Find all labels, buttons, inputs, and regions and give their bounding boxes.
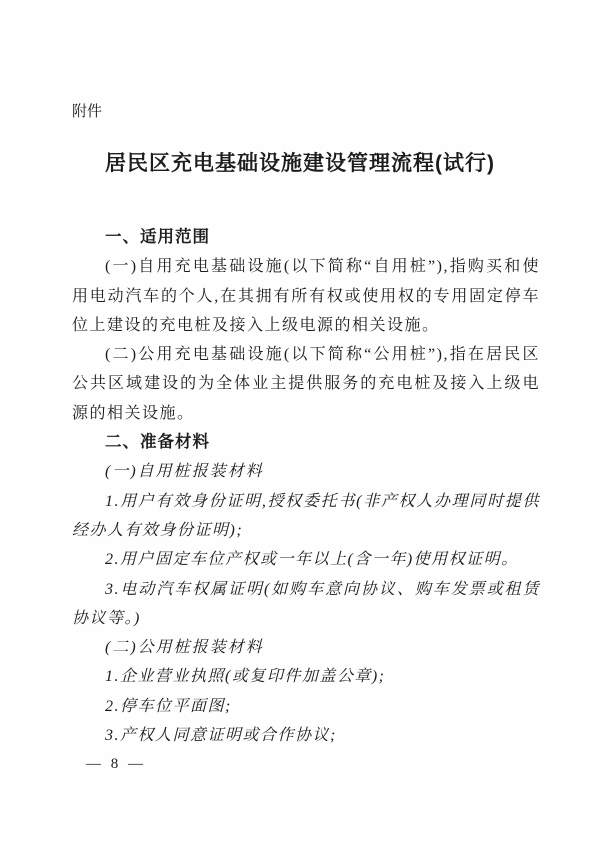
list-item-public-3: 3.产权人同意证明或合作协议; — [72, 721, 540, 750]
paragraph-public-pile-definition: (二)公用充电基础设施(以下简称“公用桩”),指在居民区公共区域建设的为全体业主… — [72, 340, 540, 428]
page-number: — 8 — — [86, 756, 146, 773]
document-body: 一、适用范围 (一)自用充电基础设施(以下简称“自用桩”),指购买和使用电动汽车… — [72, 223, 540, 750]
list-item-public-1: 1.企业营业执照(或复印件加盖公章); — [72, 662, 540, 691]
subsection-heading-public-pile-materials: (二)公用桩报装材料 — [72, 633, 540, 662]
document-title: 居民区充电基础设施建设管理流程(试行) — [46, 149, 554, 179]
attachment-label: 附件 — [72, 0, 600, 122]
list-item-private-1: 1.用户有效身份证明,授权委托书(非产权人办理同时提供经办人有效身份证明); — [72, 487, 540, 546]
section-heading-materials: 二、准备材料 — [72, 428, 540, 457]
paragraph-private-pile-definition: (一)自用充电基础设施(以下简称“自用桩”),指购买和使用电动汽车的个人,在其拥… — [72, 252, 540, 340]
section-heading-scope: 一、适用范围 — [72, 223, 540, 252]
subsection-heading-private-pile-materials: (一)自用桩报装材料 — [72, 457, 540, 486]
document-page: 附件 居民区充电基础设施建设管理流程(试行) 一、适用范围 (一)自用充电基础设… — [0, 0, 600, 848]
list-item-private-3: 3.电动汽车权属证明(如购车意向协议、购车发票或租赁协议等。) — [72, 575, 540, 634]
list-item-public-2: 2.停车位平面图; — [72, 692, 540, 721]
list-item-private-2: 2.用户固定车位产权或一年以上(含一年)使用权证明。 — [72, 545, 540, 574]
